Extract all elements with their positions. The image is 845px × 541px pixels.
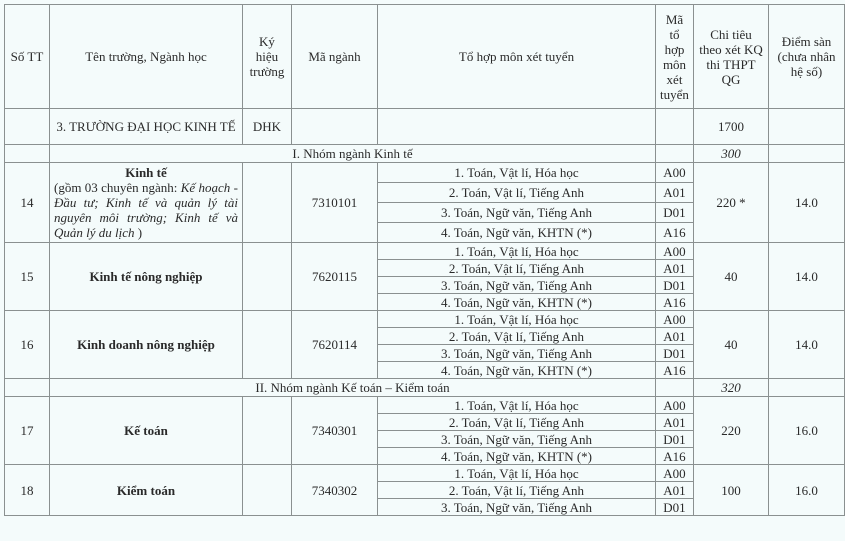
combo-code: D01 — [656, 499, 694, 516]
combo-code: D01 — [656, 203, 694, 223]
group-quota: 320 — [694, 379, 769, 397]
group-stt — [5, 379, 50, 397]
combo-label: 2. Toán, Vật lí, Tiếng Anh — [378, 183, 656, 203]
combo-code: A00 — [656, 163, 694, 183]
combo-code: D01 — [656, 345, 694, 362]
combo-label: 2. Toán, Vật lí, Tiếng Anh — [378, 414, 656, 431]
major-school-symbol — [243, 465, 292, 516]
combo-label: 1. Toán, Vật lí, Hóa học — [378, 465, 656, 482]
table-row: 18Kiểm toán73403021. Toán, Vật lí, Hóa h… — [5, 465, 845, 482]
school-code — [292, 109, 378, 145]
admissions-table: Số TT Tên trường, Ngành học Ký hiệu trườ… — [4, 4, 845, 516]
major-name: Kinh doanh nông nghiệp — [54, 337, 238, 352]
group-title: II. Nhóm ngành Kế toán – Kiểm toán — [50, 379, 656, 397]
header-quota: Chi tiêu theo xét KQ thi THPT QG — [694, 5, 769, 109]
combo-code: A16 — [656, 294, 694, 311]
combo-code: A01 — [656, 328, 694, 345]
header-stt: Số TT — [5, 5, 50, 109]
major-name: Kiểm toán — [54, 483, 238, 498]
major-code: 7620114 — [292, 311, 378, 379]
major-stt: 14 — [5, 163, 50, 243]
combo-code: A16 — [656, 448, 694, 465]
major-floor-score: 14.0 — [769, 311, 845, 379]
group-floor — [769, 379, 845, 397]
major-floor-score: 14.0 — [769, 243, 845, 311]
major-name: Kinh tế nông nghiệp — [54, 269, 238, 284]
combo-code: A00 — [656, 311, 694, 328]
major-stt: 15 — [5, 243, 50, 311]
group-row: I. Nhóm ngành Kinh tế300 — [5, 145, 845, 163]
major-school-symbol — [243, 243, 292, 311]
combo-label: 4. Toán, Ngữ văn, KHTN (*) — [378, 448, 656, 465]
major-quota: 220 — [694, 397, 769, 465]
header-name: Tên trường, Ngành học — [50, 5, 243, 109]
combo-label: 3. Toán, Ngữ văn, Tiếng Anh — [378, 431, 656, 448]
group-title: I. Nhóm ngành Kinh tế — [50, 145, 656, 163]
combo-label: 1. Toán, Vật lí, Hóa học — [378, 243, 656, 260]
major-quota: 220 * — [694, 163, 769, 243]
group-row: II. Nhóm ngành Kế toán – Kiểm toán320 — [5, 379, 845, 397]
table-row: 17Kế toán73403011. Toán, Vật lí, Hóa học… — [5, 397, 845, 414]
combo-code: A01 — [656, 414, 694, 431]
combo-label: 2. Toán, Vật lí, Tiếng Anh — [378, 260, 656, 277]
combo-code: A00 — [656, 243, 694, 260]
table-row: 16Kinh doanh nông nghiệp76201141. Toán, … — [5, 311, 845, 328]
major-school-symbol — [243, 163, 292, 243]
combo-label: 2. Toán, Vật lí, Tiếng Anh — [378, 482, 656, 499]
combo-code: A00 — [656, 397, 694, 414]
major-description-suffix: ) — [135, 225, 143, 240]
combo-label: 3. Toán, Ngữ văn, Tiếng Anh — [378, 277, 656, 294]
school-symbol: DHK — [243, 109, 292, 145]
major-name: Kinh tế — [54, 165, 238, 180]
group-combo-code — [656, 145, 694, 163]
combo-label: 4. Toán, Ngữ văn, KHTN (*) — [378, 294, 656, 311]
major-name-cell: Kinh tế nông nghiệp — [50, 243, 243, 311]
school-name: 3. TRƯỜNG ĐẠI HỌC KINH TẾ — [50, 109, 243, 145]
combo-label: 1. Toán, Vật lí, Hóa học — [378, 397, 656, 414]
table-row: 14Kinh tế(gồm 03 chuyên ngành: Kế hoạch … — [5, 163, 845, 183]
combo-label: 1. Toán, Vật lí, Hóa học — [378, 163, 656, 183]
major-name: Kế toán — [54, 423, 238, 438]
combo-code: A01 — [656, 183, 694, 203]
table-row: 15Kinh tế nông nghiệp76201151. Toán, Vật… — [5, 243, 845, 260]
major-stt: 16 — [5, 311, 50, 379]
combo-code: A01 — [656, 482, 694, 499]
major-floor-score: 14.0 — [769, 163, 845, 243]
major-description-prefix: (gồm 03 chuyên ngành: — [54, 180, 181, 195]
combo-label: 4. Toán, Ngữ văn, KHTN (*) — [378, 223, 656, 243]
combo-label: 3. Toán, Ngữ văn, Tiếng Anh — [378, 203, 656, 223]
school-stt — [5, 109, 50, 145]
major-code: 7340302 — [292, 465, 378, 516]
header-combo: Tổ hợp môn xét tuyển — [378, 5, 656, 109]
combo-label: 2. Toán, Vật lí, Tiếng Anh — [378, 328, 656, 345]
header-combo-code: Mã tổ hợp môn xét tuyển — [656, 5, 694, 109]
major-code: 7620115 — [292, 243, 378, 311]
major-name-cell: Kinh tế(gồm 03 chuyên ngành: Kế hoạch - … — [50, 163, 243, 243]
header-major-code: Mã ngành — [292, 5, 378, 109]
group-combo-code — [656, 379, 694, 397]
major-name-cell: Kế toán — [50, 397, 243, 465]
school-floor — [769, 109, 845, 145]
group-stt — [5, 145, 50, 163]
major-school-symbol — [243, 311, 292, 379]
school-combo-code — [656, 109, 694, 145]
combo-code: D01 — [656, 277, 694, 294]
major-stt: 18 — [5, 465, 50, 516]
major-name-cell: Kiểm toán — [50, 465, 243, 516]
combo-label: 4. Toán, Ngữ văn, KHTN (*) — [378, 362, 656, 379]
combo-code: A00 — [656, 465, 694, 482]
major-code: 7340301 — [292, 397, 378, 465]
major-floor-score: 16.0 — [769, 397, 845, 465]
combo-code: A16 — [656, 223, 694, 243]
group-quota: 300 — [694, 145, 769, 163]
major-quota: 100 — [694, 465, 769, 516]
major-quota: 40 — [694, 311, 769, 379]
combo-label: 3. Toán, Ngữ văn, Tiếng Anh — [378, 345, 656, 362]
combo-code: D01 — [656, 431, 694, 448]
major-description: (gồm 03 chuyên ngành: Kế hoạch - Đầu tư;… — [54, 180, 238, 240]
combo-label: 1. Toán, Vật lí, Hóa học — [378, 311, 656, 328]
major-quota: 40 — [694, 243, 769, 311]
major-code: 7310101 — [292, 163, 378, 243]
header-school-symbol: Ký hiệu trường — [243, 5, 292, 109]
header-row: Số TT Tên trường, Ngành học Ký hiệu trườ… — [5, 5, 845, 109]
school-row: 3. TRƯỜNG ĐẠI HỌC KINH TẾ DHK 1700 — [5, 109, 845, 145]
combo-code: A01 — [656, 260, 694, 277]
major-school-symbol — [243, 397, 292, 465]
group-floor — [769, 145, 845, 163]
combo-label: 3. Toán, Ngữ văn, Tiếng Anh — [378, 499, 656, 516]
school-combo — [378, 109, 656, 145]
major-floor-score: 16.0 — [769, 465, 845, 516]
header-floor-score: Điểm sàn (chưa nhân hệ số) — [769, 5, 845, 109]
combo-code: A16 — [656, 362, 694, 379]
school-quota: 1700 — [694, 109, 769, 145]
major-stt: 17 — [5, 397, 50, 465]
major-name-cell: Kinh doanh nông nghiệp — [50, 311, 243, 379]
